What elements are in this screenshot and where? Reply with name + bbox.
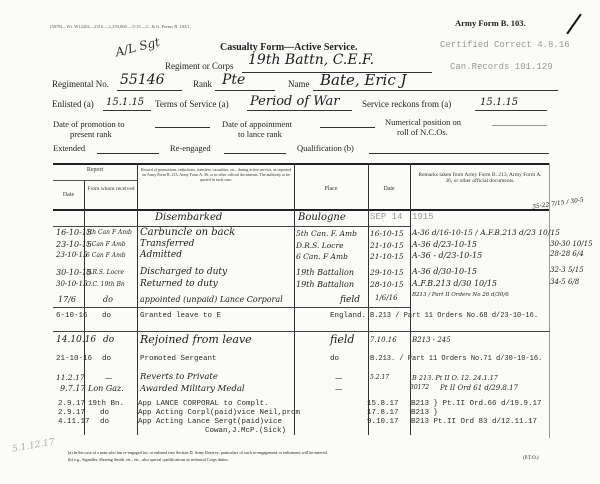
row-15-record: Cowan,J.McP.(Sick) (205, 427, 286, 435)
rank-value: Pte (222, 72, 245, 88)
row-2-place: D.R.S. Locre (296, 241, 344, 250)
header-report: Report (53, 167, 137, 174)
row-1-place: 5th Can. F. Amb (296, 229, 357, 238)
row-0-remarks: 1915 (412, 212, 434, 222)
row-10-remarks: B 213. Pt II O. 12. 24.1.17 (412, 374, 498, 382)
row-9-place: do (330, 355, 339, 363)
row-11-place: — (335, 384, 343, 393)
row-2-remarks: A-36 d/23-10-15 (412, 240, 477, 249)
regimental-no-value: 55146 (120, 72, 165, 88)
row-14-record: App Acting Lance Sergt(paid)vice (138, 418, 282, 426)
certified-stamp: Certified Correct 4.8.16 (440, 40, 570, 50)
row-5-remarks: A.F.B.213 d/30 10/15 (412, 279, 497, 288)
row-4-margin: 32-3 5/15 (550, 266, 584, 274)
row-4-remarks: A-36 d/30-10-15 (412, 267, 477, 276)
records-stamp: Can.Records 101.129 (450, 62, 553, 72)
header-from-whom: From whom received (86, 186, 136, 192)
row-5-date2: 28-10-15 (370, 280, 404, 289)
row-0-record: Disembarked (155, 212, 222, 223)
terms-value: Period of War (250, 94, 339, 109)
row-3-date2: 21-10-15 (370, 252, 404, 261)
row-4-date2: 29-10-15 (370, 268, 404, 277)
row-0-date2: SEP 14 (370, 212, 402, 222)
appointment-label: Date of appointment (222, 119, 292, 129)
row-4-record: Discharged to duty (140, 267, 227, 277)
rank-annotation: A/L Sgt (114, 35, 161, 60)
row-14-remarks: B213 Pt.II Ord 83 d/12.11.17 (411, 418, 537, 426)
row-8-remarks: B213 - 245 (412, 336, 451, 344)
corner-check-mark (566, 14, 581, 35)
nco-position-label: Numerical position on (385, 117, 461, 127)
row-3-record: Admitted (140, 250, 182, 260)
form-number: Army Form B. 103. (455, 18, 526, 28)
row-6-remarks: B213 / Part II Orders No 26 d/30/6 (412, 292, 509, 298)
row-11-date2: 30172 (410, 384, 429, 391)
row-12-remarks: B213 } Pt.II Ord.66 d/19.9.17 (411, 400, 542, 408)
header-remarks: Remarks taken from Army Form B. 213, Arm… (418, 172, 542, 185)
row-5-date: 30-10-15 (56, 280, 87, 288)
row-5-place: 19th Battalion (296, 280, 354, 289)
row-0-margin: 35-22 7/15 / 30-5 (532, 196, 584, 210)
row-10-from: — (105, 373, 113, 382)
row-0-place: Boulogne (298, 212, 346, 223)
row-7-remarks: B.213 / Part 11 Orders No.68 d/23-10-16. (370, 312, 548, 321)
row-1-from: 5th Can F Amb (86, 229, 132, 236)
row-12-date: 2.9.17 (58, 400, 85, 408)
row-6-date: 17/6 (58, 295, 76, 304)
row-11-date: 9.7.17 (60, 384, 85, 393)
row-2-record: Transferred (140, 239, 194, 249)
row-1-date2: 16-10-15 (370, 229, 404, 238)
row-9-record: Promoted Sergeant (140, 355, 217, 363)
row-12-date2: 15.8.17 (367, 400, 399, 408)
row-2-margin: 30-30 10/15 (550, 240, 593, 248)
row-2-from: 5 Can F Amb (86, 241, 126, 248)
row-6-record: appointed (unpaid) Lance Corporal (140, 295, 283, 304)
row-8-date: 14.10.16 (56, 335, 96, 345)
rank-label: Rank (193, 79, 212, 89)
name-label: Name (288, 79, 310, 89)
print-code: (5078)—Wt. W12202—2316.—1,250,000.—5-15.… (50, 24, 191, 29)
margin-scrawl: 5.1.12.17 (11, 437, 55, 454)
casualty-form-document: (5078)—Wt. W12202—2316.—1,250,000.—5-15.… (0, 0, 600, 484)
row-5-record: Returned to duty (140, 279, 218, 289)
reckons-label: Service reckons from (a) (362, 99, 451, 109)
row-6-date2: 1/6/16 (375, 294, 398, 302)
regimental-no-label: Regimental No. (52, 79, 109, 89)
qualification-label: Qualification (b) (297, 143, 354, 153)
row-14-date2: 9.10.17 (367, 418, 399, 426)
row-13-date: 2.9.17 (58, 409, 85, 417)
header-record: Record of promotions, reductions, transf… (140, 167, 292, 182)
header-date-2: Date (368, 186, 410, 193)
row-9-from: do (102, 355, 111, 363)
row-14-date: 4.11.17 (58, 418, 90, 426)
row-11-record: Awarded Military Medal (140, 384, 245, 394)
row-7-from: do (102, 312, 111, 320)
header-date: Date (53, 192, 84, 199)
promotion-label-2: present rank (70, 129, 112, 139)
row-8-date2: 7.10.16 (370, 336, 397, 344)
row-1-remarks: A-36 d/16-10-15 / A.F.B.213 d/23 10/15 (412, 228, 560, 237)
row-13-record: App Acting Corpl(paid)vice Neil,prom (138, 409, 300, 417)
nco-position-label-2: roll of N.C.Os. (397, 127, 448, 137)
row-3-place: 6 Can. F Amb (296, 252, 348, 261)
regiment-label: Regiment or Corps (165, 61, 234, 71)
row-7-date: 6-10-16 (56, 312, 88, 320)
row-10-date: 11.2.17 (56, 373, 85, 382)
row-1-record: Carbuncle on back (140, 227, 235, 238)
promotion-label: Date of promotion to (53, 119, 125, 129)
row-10-date2: 5.2.17 (370, 374, 389, 381)
row-7-record: Granted leave to E (140, 312, 221, 320)
appointment-label-2: to lance rank (238, 129, 282, 139)
row-4-from: D.R.S. Locre (86, 269, 124, 276)
regiment-value: 19th Battn, C.E.F. (248, 52, 374, 68)
row-8-place: field (330, 333, 354, 346)
terms-label: Terms of Service (a) (155, 99, 229, 109)
row-12-from: 19th Bn. (88, 400, 124, 408)
enlisted-label: Enlisted (a) (52, 99, 94, 109)
row-9-remarks: B.213. / Part 11 Orders No.71 d/30-10-16… (370, 355, 548, 364)
row-10-place: — (335, 373, 343, 382)
row-3-margin: 28-28 6/4 (550, 250, 584, 258)
row-6-from: do (103, 295, 113, 304)
row-14-from: do (100, 418, 109, 426)
row-13-from: do (100, 409, 109, 417)
header-place: Place (294, 186, 368, 193)
row-7-place: England. (330, 312, 366, 320)
reckons-value: 15.1.15 (480, 97, 518, 108)
row-5-margin: 34-5 6/8 (550, 278, 579, 286)
enlisted-value: 15.1.15 (106, 97, 144, 108)
row-11-remarks: Pt II Ord 61 d/29.8.17 (440, 384, 518, 392)
row-3-date: 23-10-15 (56, 251, 87, 259)
name-value: Bate, Eric J (320, 71, 407, 89)
footnote-b: (b) e.g., Signaller, Shoeing Smith, etc.… (68, 457, 229, 462)
row-4-place: 19th Battalion (296, 268, 354, 277)
row-9-date: 21-10-16 (56, 355, 92, 363)
row-5-from: O.C. 19th Bn (86, 281, 125, 288)
row-12-record: App LANCE CORPORAL to Complt. (138, 400, 269, 408)
row-8-from: do (103, 335, 114, 345)
row-13-remarks: B213 } (411, 409, 438, 417)
pto-note: (P.T.O.) (523, 456, 539, 461)
footnote-a: (a) In the case of a man who has re-enga… (68, 450, 328, 455)
row-13-date2: 17.8.17 (367, 409, 399, 417)
row-11-from: Lon Gaz. (88, 384, 124, 393)
row-10-record: Reverts to Private (140, 372, 218, 382)
row-6-place: field (340, 295, 360, 305)
row-8-record: Rejoined from leave (140, 333, 252, 346)
row-2-date2: 21-10-15 (370, 241, 404, 250)
reengaged-label: Re-engaged (170, 143, 211, 153)
row-3-from: 6 Can F Amb (86, 252, 126, 259)
row-3-remarks: A-36 - d/23-10-15 (412, 251, 482, 260)
extended-label: Extended (53, 143, 85, 153)
